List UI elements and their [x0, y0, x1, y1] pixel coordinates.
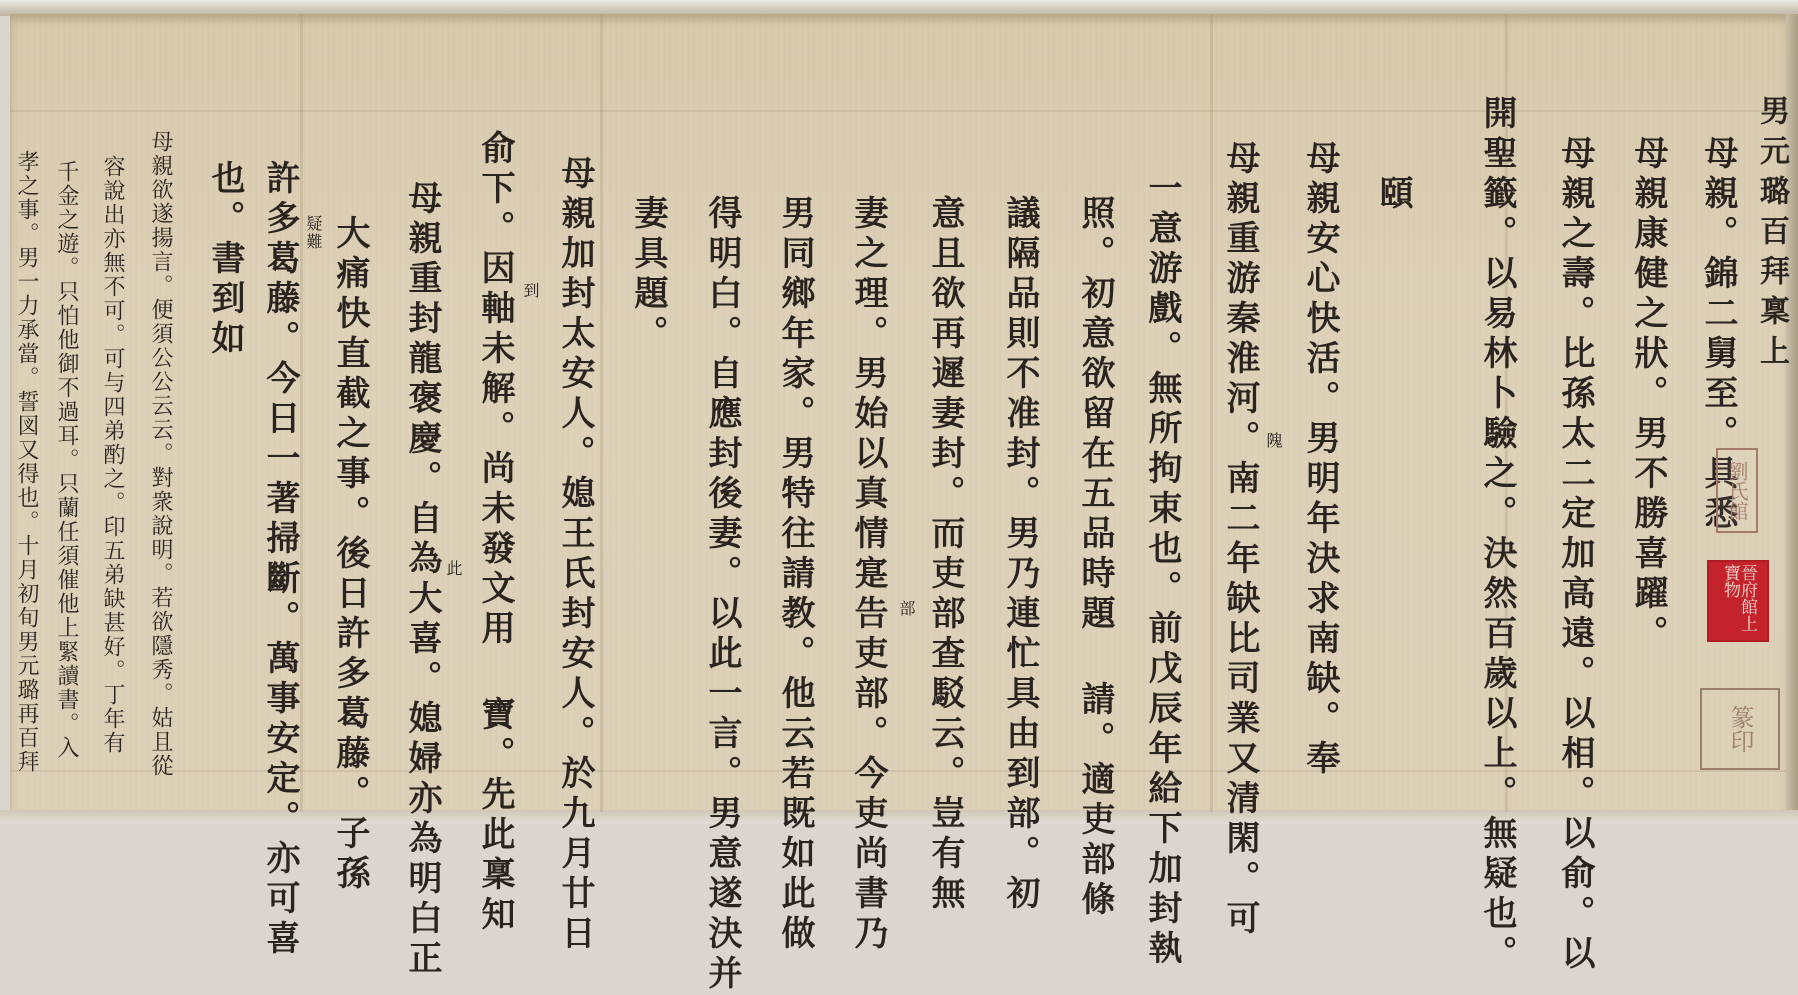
text-column: 妻具題。 [631, 195, 665, 355]
text-column: 母親重封龍褒慶。自為大喜。媳婦亦為明白正 [405, 180, 439, 824]
seal-label: 劉氏館 [1727, 461, 1747, 521]
text-column: 母親欲遂揚言。便須公公云云。對衆說明。若欲隱秀。姑且從 [149, 130, 171, 778]
text-column: 千金之遊。只怕他御不過耳。只蘭任須催他上緊讀書。入 [55, 160, 77, 760]
text-column: 得明白。自應封後妻。以此一言。男意遂決并 [705, 195, 739, 824]
seal-label: 篆印 [1728, 705, 1752, 753]
text-column: 容說出亦無不可。可与四弟酌之。印五弟缺甚好。丁年有 [101, 155, 123, 755]
text-column: 俞下。因軸未解。尚未發文用 寶。先此稟知 [478, 130, 512, 824]
text-column: 男同鄉年家。男特往請教。他云若既如此做 [778, 195, 812, 824]
text-column: 頤 [1376, 175, 1410, 215]
seal-stamp-icon: 篆印 [1700, 688, 1780, 770]
text-column: 照。初意欲留在五品時題 請。適吏部條 [1078, 195, 1112, 824]
text-column: 母親重游秦淮河。南二年缺比司業又清閑。可 [1223, 140, 1257, 824]
interlinear-note: 此 [445, 560, 461, 578]
text-column: 男元璐百拜稟上 [1756, 95, 1786, 375]
text-column: 議隔品則不准封。男乃連忙具由到部。初 [1003, 195, 1037, 824]
seal-stamp-icon: 劉氏館 [1716, 448, 1758, 533]
text-column: 母親加封太安人。媳王氏封安人。於九月廿日 [558, 155, 592, 824]
panel-seam [1210, 14, 1213, 812]
interlinear-note: 部 [898, 600, 914, 618]
text-column: 妻之理。男始以真情寔告吏部。今吏尚書乃 [851, 195, 885, 824]
text-column: 也。書到如 [208, 160, 242, 360]
text-column: 大痛快直截之事。後日許多葛藤。子孫 [333, 215, 367, 824]
fold-line [10, 110, 1786, 112]
interlinear-note: 隗 [1265, 432, 1281, 450]
text-column: 孝之事。男一力承當。誓図又得也。十月初旬男元璐再百拜 [15, 150, 37, 774]
text-column: 許多葛藤。今日一著掃斷。萬事安定。亦可喜 [263, 160, 297, 824]
interlinear-note: 到 [522, 282, 538, 300]
seal-stamp-icon: 晉府館上寶物 [1707, 560, 1769, 642]
panel-seam [300, 14, 303, 812]
text-column: 開聖籤。以易林卜驗之。決然百歲以上。無疑也。 [1480, 95, 1514, 824]
interlinear-note: 疑難 [305, 215, 321, 251]
text-column: 一意游戲。無所拘束也。前戊辰年給下加封執 [1145, 170, 1179, 824]
text-column: 母親康健之狀。男不勝喜躍。 [1631, 135, 1665, 655]
text-column: 意且欲再遲妻封。而吏部查駁云。豈有無 [928, 195, 962, 824]
panel-seam [600, 14, 603, 812]
text-column: 母親安心快活。男明年決求南缺。奉 [1303, 140, 1337, 780]
text-column: 母親之壽。比孫太二定加高遠。以相。以俞。以 [1558, 135, 1592, 824]
seal-label: 晉府館上寶物 [1721, 564, 1755, 638]
